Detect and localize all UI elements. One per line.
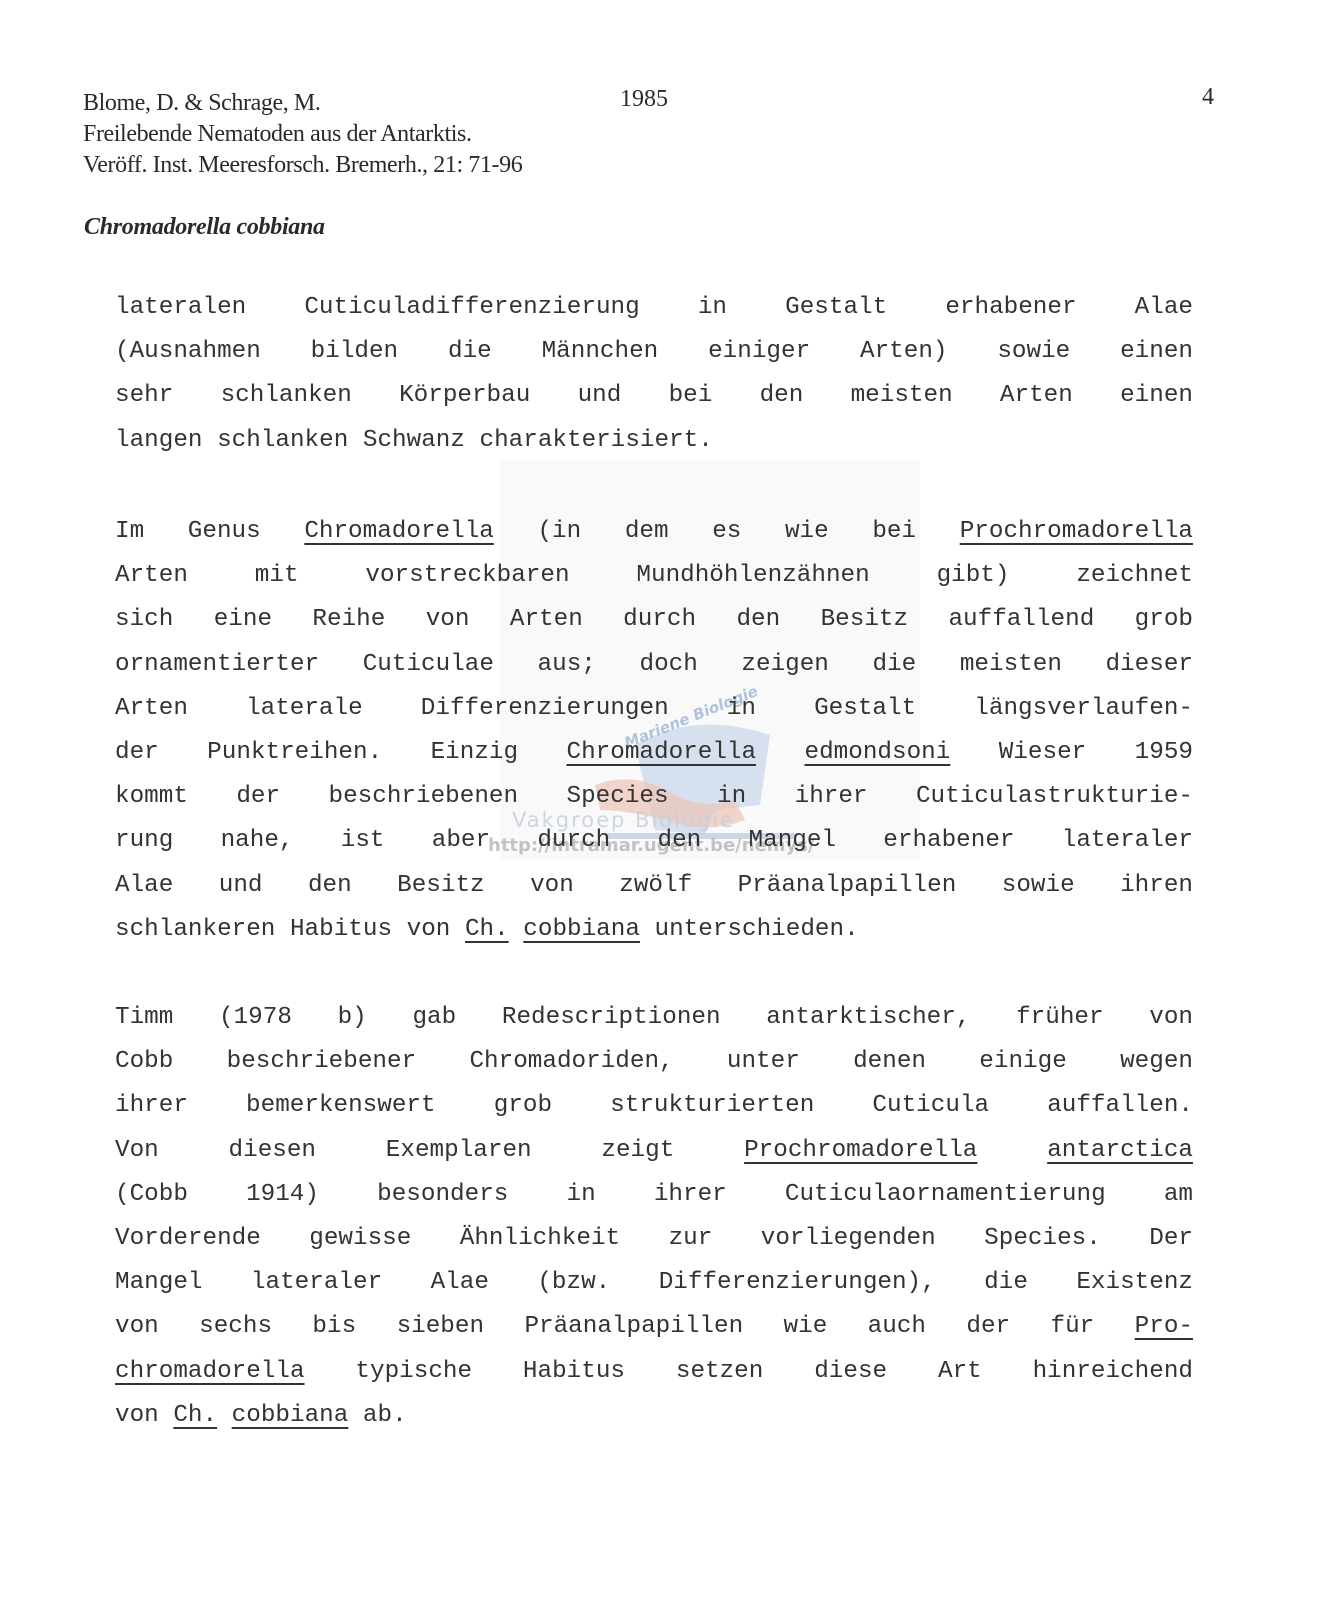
text-segment: langen schlanken Schwanz charakterisiert… bbox=[115, 427, 713, 454]
text-line: Im Genus Chromadorella (in dem es wie be… bbox=[115, 517, 1193, 547]
text-segment bbox=[509, 916, 524, 943]
taxon-name: cobbiana bbox=[523, 916, 640, 943]
text-segment: Cobb beschriebener Chromadoriden, unter … bbox=[115, 1048, 1193, 1075]
text-segment: von sechs bis sieben Präanalpapillen wie… bbox=[115, 1313, 1135, 1340]
text-line: Vorderende gewisse Ähnlichkeit zur vorli… bbox=[115, 1224, 1193, 1254]
taxon-name: Chromadorella bbox=[304, 518, 494, 545]
text-line: (Ausnahmen bilden die Männchen einiger A… bbox=[115, 337, 1193, 367]
text-segment: Wieser 1959 bbox=[950, 739, 1193, 766]
text-segment: lateralen Cuticuladifferenzierung in Ges… bbox=[115, 294, 1193, 321]
text-line: Arten laterale Differenzierungen in Gest… bbox=[115, 694, 1193, 724]
taxon-name: Ch. bbox=[173, 1402, 217, 1429]
text-line: chromadorella typische Habitus setzen di… bbox=[115, 1357, 1193, 1387]
taxon-name: cobbiana bbox=[232, 1402, 349, 1429]
text-segment: Alae und den Besitz von zwölf Präanalpap… bbox=[115, 872, 1193, 899]
text-segment: sich eine Reihe von Arten durch den Besi… bbox=[115, 606, 1193, 633]
taxon-name: Prochromadorella bbox=[960, 518, 1193, 545]
text-segment: Timm (1978 b) gab Redescriptionen antark… bbox=[115, 1004, 1193, 1031]
text-segment: Von diesen Exemplaren zeigt bbox=[115, 1137, 744, 1164]
text-segment: (in dem es wie bei bbox=[494, 518, 960, 545]
text-line: sehr schlanken Körperbau und bei den mei… bbox=[115, 381, 1193, 411]
document-page: Blome, D. & Schrage, M. Freilebende Nema… bbox=[0, 0, 1333, 1615]
text-segment: rung nahe, ist aber durch den Mangel erh… bbox=[115, 827, 1193, 854]
text-segment: schlankeren Habitus von bbox=[115, 916, 465, 943]
text-segment: Mangel lateraler Alae (bzw. Differenzier… bbox=[115, 1269, 1193, 1296]
taxon-name: Prochromadorella bbox=[744, 1137, 977, 1164]
text-segment: ornamentierter Cuticulae aus; doch zeige… bbox=[115, 651, 1193, 678]
text-line: (Cobb 1914) besonders in ihrer Cuticulao… bbox=[115, 1180, 1193, 1210]
publication-year: 1985 bbox=[620, 86, 668, 113]
text-segment: Vorderende gewisse Ähnlichkeit zur vorli… bbox=[115, 1225, 1193, 1252]
text-segment: ab. bbox=[348, 1402, 406, 1429]
text-segment: Arten mit vorstreckbaren Mundhöhlenzähne… bbox=[115, 562, 1193, 589]
taxon-name: chromadorella bbox=[115, 1358, 305, 1385]
text-segment: der Punktreihen. Einzig bbox=[115, 739, 567, 766]
text-segment: von bbox=[115, 1402, 173, 1429]
citation-header: Blome, D. & Schrage, M. Freilebende Nema… bbox=[83, 88, 522, 181]
text-line: rung nahe, ist aber durch den Mangel erh… bbox=[115, 826, 1193, 856]
text-segment: typische Habitus setzen diese Art hinrei… bbox=[305, 1358, 1193, 1385]
text-line: langen schlanken Schwanz charakterisiert… bbox=[115, 426, 1193, 456]
text-segment: ihrer bemerkenswert grob strukturierten … bbox=[115, 1092, 1193, 1119]
text-segment: unterschieden. bbox=[640, 916, 859, 943]
text-segment: (Cobb 1914) besonders in ihrer Cuticulao… bbox=[115, 1181, 1193, 1208]
text-segment: (Ausnahmen bilden die Männchen einiger A… bbox=[115, 338, 1193, 365]
taxon-name: edmondsoni bbox=[805, 739, 951, 766]
text-line: schlankeren Habitus von Ch. cobbiana unt… bbox=[115, 915, 1193, 945]
text-line: Von diesen Exemplaren zeigt Prochromador… bbox=[115, 1136, 1193, 1166]
publication-title: Freilebende Nematoden aus der Antarktis. bbox=[83, 119, 522, 150]
page-number: 4 bbox=[1202, 84, 1214, 111]
text-line: Arten mit vorstreckbaren Mundhöhlenzähne… bbox=[115, 561, 1193, 591]
text-line: Alae und den Besitz von zwölf Präanalpap… bbox=[115, 871, 1193, 901]
text-line: von Ch. cobbiana ab. bbox=[115, 1401, 1193, 1431]
taxon-name: antarctica bbox=[1047, 1137, 1193, 1164]
journal-citation: Veröff. Inst. Meeresforsch. Bremerh., 21… bbox=[83, 150, 522, 181]
text-line: der Punktreihen. Einzig Chromadorella ed… bbox=[115, 738, 1193, 768]
text-line: kommt der beschriebenen Species in ihrer… bbox=[115, 782, 1193, 812]
text-segment: Im Genus bbox=[115, 518, 304, 545]
text-line: ihrer bemerkenswert grob strukturierten … bbox=[115, 1091, 1193, 1121]
species-title: Chromadorella cobbiana bbox=[84, 214, 325, 241]
authors: Blome, D. & Schrage, M. bbox=[83, 88, 522, 119]
text-line: Timm (1978 b) gab Redescriptionen antark… bbox=[115, 1003, 1193, 1033]
taxon-name: Pro- bbox=[1135, 1313, 1193, 1340]
text-line: Mangel lateraler Alae (bzw. Differenzier… bbox=[115, 1268, 1193, 1298]
text-line: Cobb beschriebener Chromadoriden, unter … bbox=[115, 1047, 1193, 1077]
text-segment: sehr schlanken Körperbau und bei den mei… bbox=[115, 382, 1193, 409]
taxon-name: Ch. bbox=[465, 916, 509, 943]
text-line: ornamentierter Cuticulae aus; doch zeige… bbox=[115, 650, 1193, 680]
taxon-name: Chromadorella bbox=[567, 739, 757, 766]
text-segment: Arten laterale Differenzierungen in Gest… bbox=[115, 695, 1193, 722]
text-segment bbox=[977, 1137, 1047, 1164]
text-line: lateralen Cuticuladifferenzierung in Ges… bbox=[115, 293, 1193, 323]
text-segment: kommt der beschriebenen Species in ihrer… bbox=[115, 783, 1193, 810]
text-line: von sechs bis sieben Präanalpapillen wie… bbox=[115, 1312, 1193, 1342]
text-segment bbox=[756, 739, 804, 766]
text-segment bbox=[217, 1402, 232, 1429]
text-line: sich eine Reihe von Arten durch den Besi… bbox=[115, 605, 1193, 635]
